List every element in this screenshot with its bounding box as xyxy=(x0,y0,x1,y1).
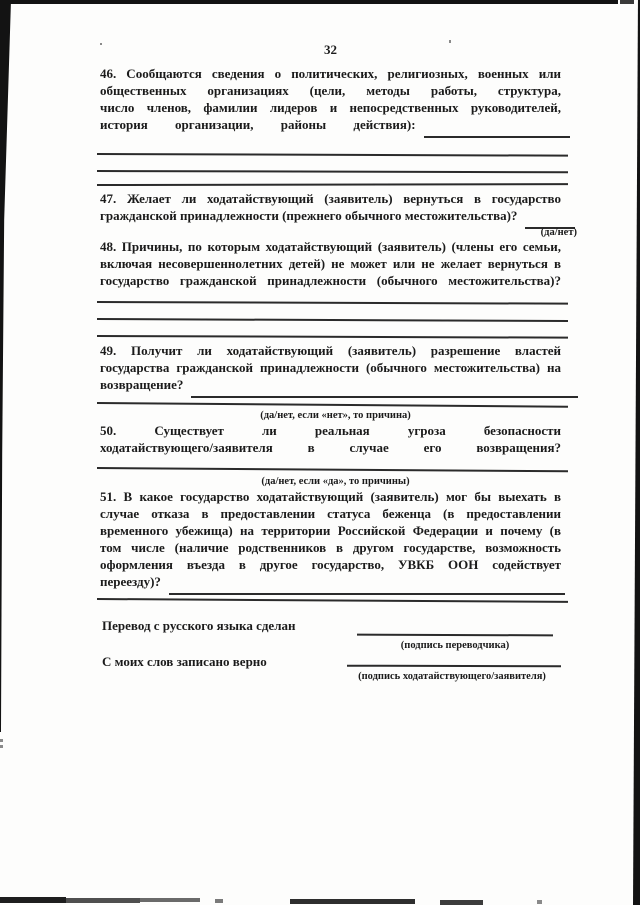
question-46: 46. Сообщаются сведения о политических, … xyxy=(100,65,561,133)
question-51: 51. В какое государство ходатайствующий … xyxy=(100,488,561,590)
translation-statement: Перевод с русского языка сделан xyxy=(102,618,295,634)
ruled-blank-line xyxy=(97,402,568,408)
translator-signature-line xyxy=(357,634,553,637)
question-48: 48. Причины, по которым ходатайствующий … xyxy=(100,238,561,289)
scan-edge-bottom-segment xyxy=(215,899,223,903)
text-line: 48. Причины, по которым ходатайствующий … xyxy=(100,238,561,255)
text-line: оформления въезда в другое государство, … xyxy=(100,556,561,573)
text-line: 51. В какое государство ходатайствующий … xyxy=(100,488,561,505)
ruled-blank-line xyxy=(97,301,568,305)
text-line: 47. Желает ли ходатайствующий (заявитель… xyxy=(100,190,561,207)
scan-edge-bottom-segment xyxy=(290,899,415,904)
yes-no-reason-hint: (да/нет, если «нет», то причина) xyxy=(100,410,571,422)
question-49: 49. Получит ли ходатайствующий (заявител… xyxy=(100,342,561,393)
question-47: 47. Желает ли ходатайствующий (заявитель… xyxy=(100,190,561,224)
scanned-form-page: 32 46. Сообщаются сведения о политически… xyxy=(0,0,640,905)
text-line: история организации, районы действия): xyxy=(100,116,570,133)
ruled-blank-line xyxy=(97,183,568,186)
scan-edge-right xyxy=(633,0,640,905)
applicant-signature-line xyxy=(347,665,561,668)
scan-edge-bottom-segment xyxy=(66,898,140,903)
text-line: переезду)? xyxy=(100,573,161,590)
scan-edge-top xyxy=(0,0,618,4)
text-line: 49. Получит ли ходатайствующий (заявител… xyxy=(100,342,561,359)
text-line: гражданской принадлежности (прежнего обы… xyxy=(100,207,575,224)
scan-edge-bottom-segment xyxy=(440,900,483,905)
scan-edge-top-mark xyxy=(620,0,634,4)
applicant-signature-hint: (подпись ходатайствующего/заявителя) xyxy=(332,671,572,683)
ruled-blank-line xyxy=(97,170,568,173)
text-line: государство гражданской принадлежности (… xyxy=(100,272,561,289)
text-line: 46. Сообщаются сведения о политических, … xyxy=(100,65,561,82)
scan-edge-bottom-segment xyxy=(0,897,66,903)
text-line: число членов, фамилии лидеров и непосред… xyxy=(100,99,561,116)
ruled-blank-line xyxy=(97,335,568,339)
yes-no-reasons-hint: (да/нет, если «да», то причины) xyxy=(100,476,571,488)
text-line: 50. Существует ли реальная угроза безопа… xyxy=(100,422,561,439)
dictation-statement: С моих слов записано верно xyxy=(102,654,267,670)
fill-in-blank xyxy=(169,578,565,595)
text-line: государства гражданской принадлежности (… xyxy=(100,359,561,376)
scan-edge-left xyxy=(0,0,11,732)
scan-edge-bottom-segment xyxy=(140,898,200,902)
text-line: возвращение? xyxy=(100,376,578,393)
scan-edge-bottom-segment xyxy=(537,900,542,904)
text-line: том числе (наличие родственников в друго… xyxy=(100,539,561,556)
translator-signature-hint: (подпись переводчика) xyxy=(357,640,553,652)
scan-speck xyxy=(0,745,3,748)
text-line: гражданской принадлежности (прежнего обы… xyxy=(100,207,517,224)
fill-in-blank xyxy=(424,121,570,138)
fill-in-blank xyxy=(191,381,578,398)
ruled-blank-line xyxy=(97,318,568,322)
ruled-blank-line xyxy=(97,153,568,157)
text-line: общественных организациях (цели, методы … xyxy=(100,82,561,99)
ruled-blank-line xyxy=(97,467,568,472)
question-50: 50. Существует ли реальная угроза безопа… xyxy=(100,422,561,456)
scan-speck xyxy=(0,739,3,742)
page-number: 32 xyxy=(100,42,561,58)
text-line: ходатайствующего/заявителя в случае его … xyxy=(100,439,561,456)
ruled-blank-line xyxy=(97,598,568,603)
text-line: включая несовершеннолетних детей) не мож… xyxy=(100,255,561,272)
text-line: случае отказа в предоставлении статуса б… xyxy=(100,505,561,522)
text-line: временного убежища) на территории Россий… xyxy=(100,522,561,539)
text-line: история организации, районы действия): xyxy=(100,116,416,133)
text-line: возвращение? xyxy=(100,376,183,393)
text-line: переезду)? xyxy=(100,573,565,590)
